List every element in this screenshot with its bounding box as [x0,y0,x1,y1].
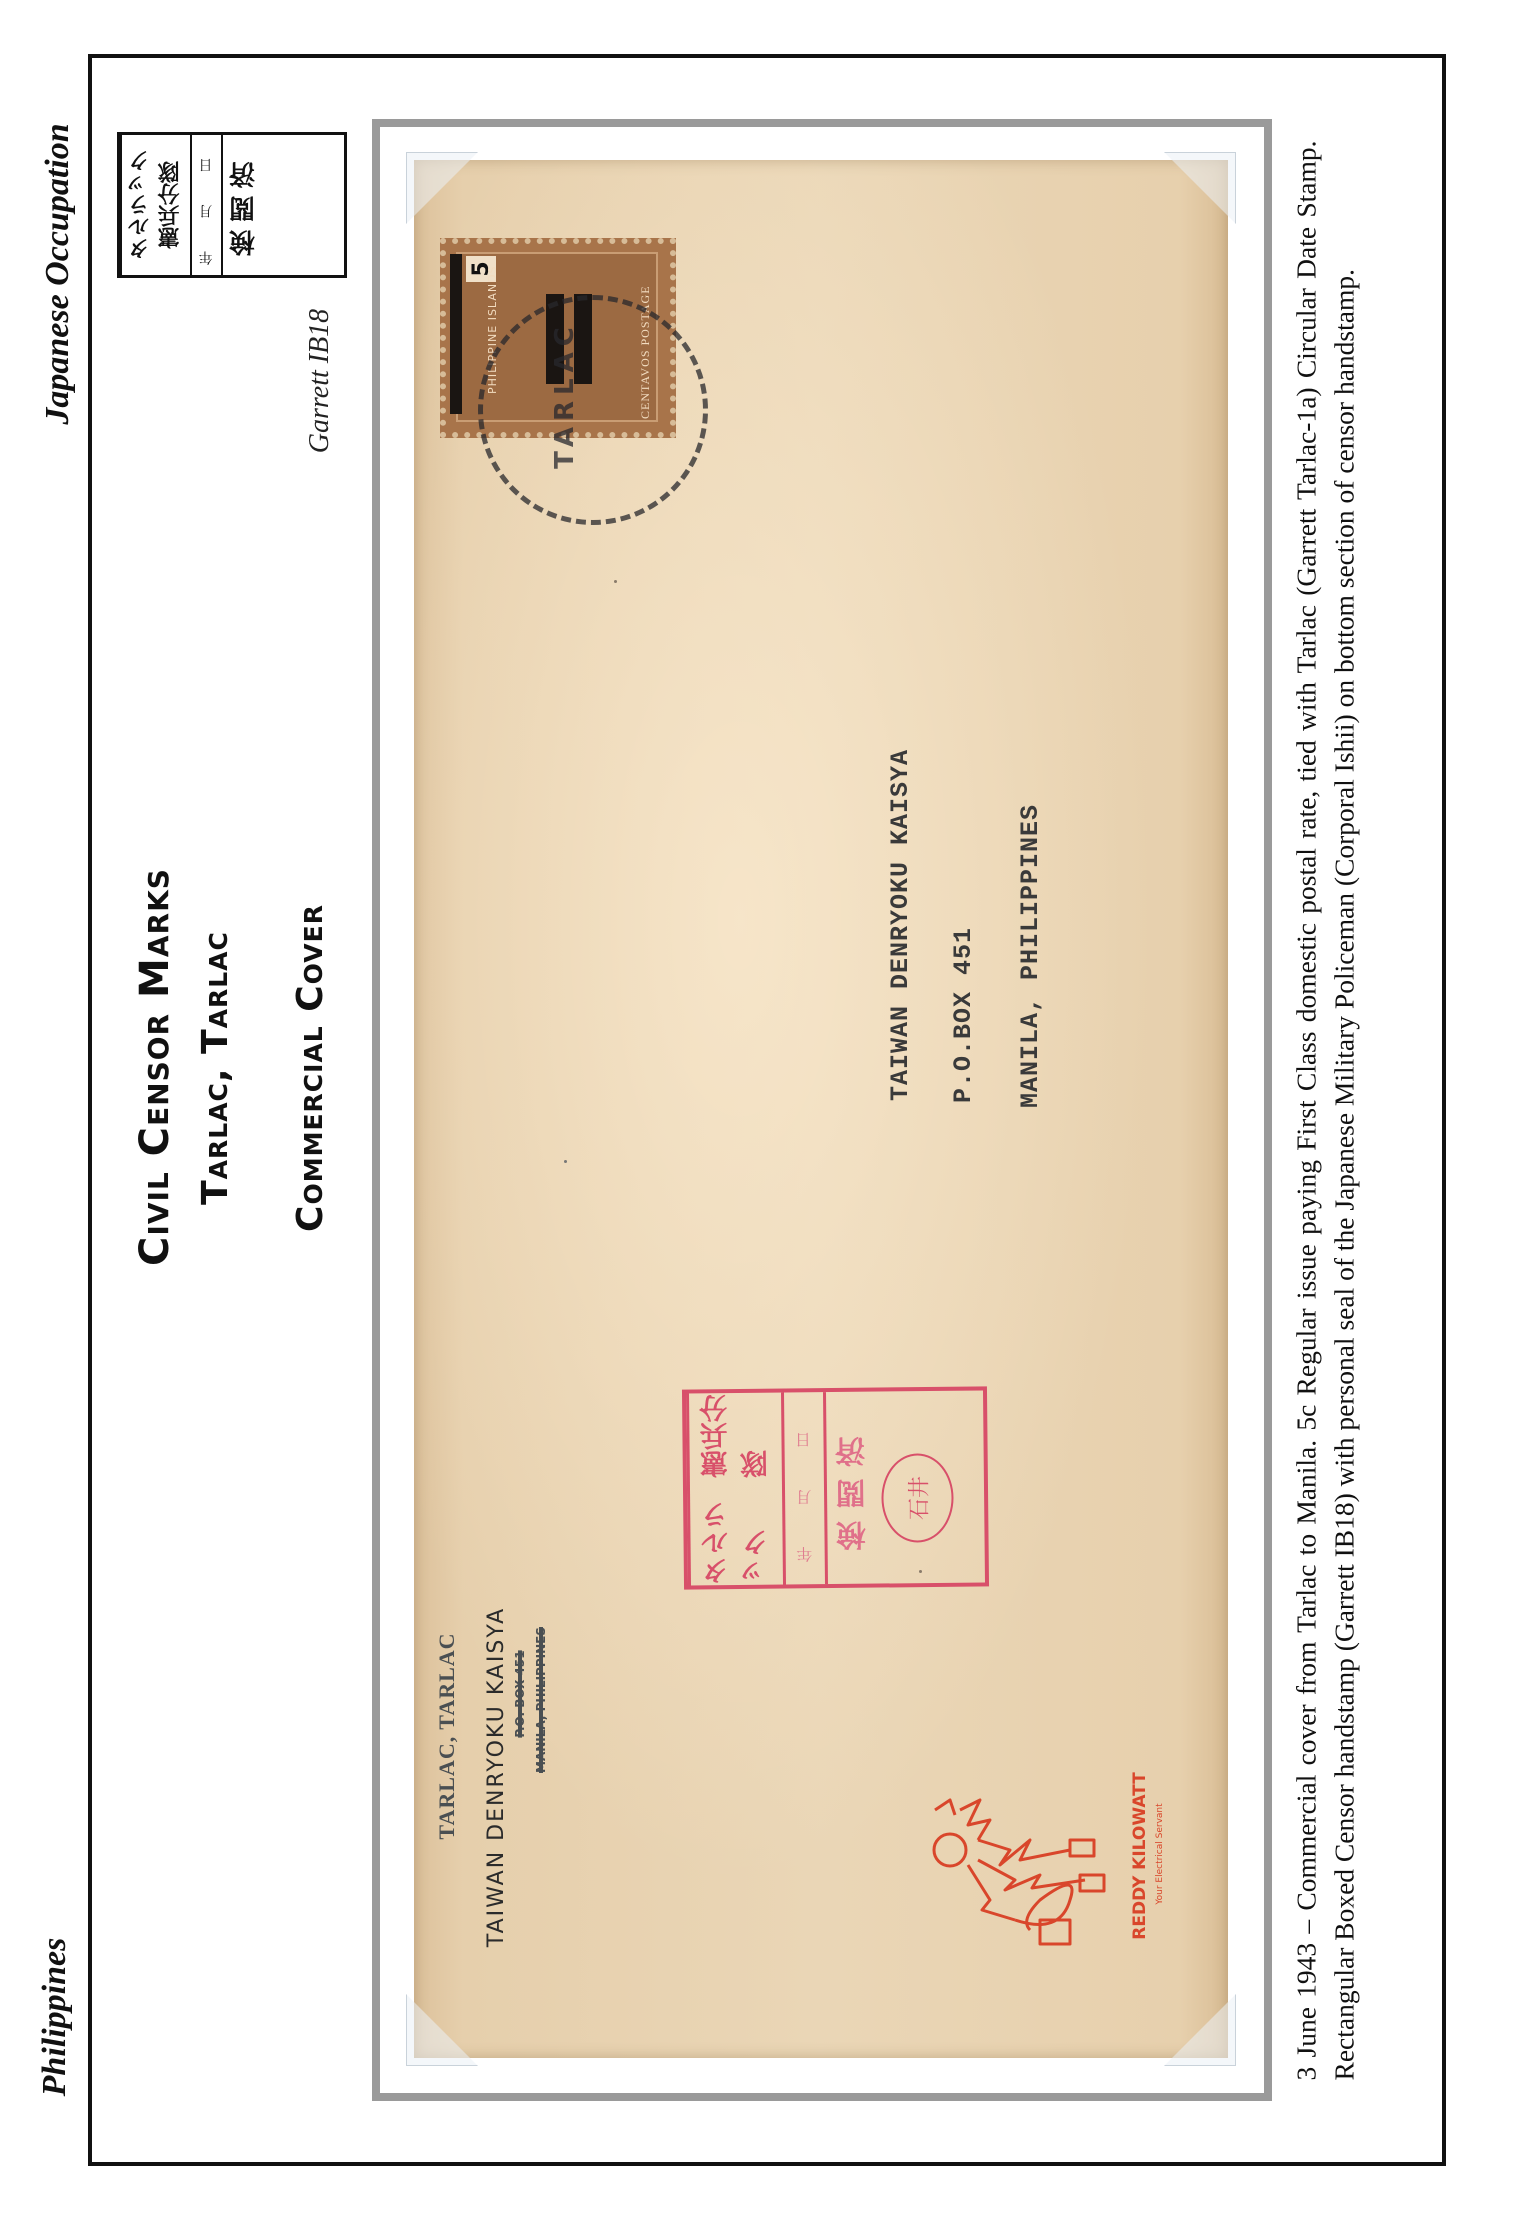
addressee-line-1: TAIWAN DENRYOKU KAISYA [885,715,915,1135]
reference-caption: Garrett IB18 [304,301,336,461]
title-line-3: Commercial Cover [290,888,330,1248]
censor-unit-text: 憲兵分隊 [695,1393,776,1479]
mount-corner [1164,152,1236,224]
country-label: Philippines [35,1902,75,2132]
censor-date-column: 年 月 日 [190,135,221,275]
return-address-line-4: MANILA, PHILIPPINES [531,1600,551,1800]
personal-seal: 石井 [882,1454,954,1543]
addressee-line-2: P.O.BOX 451 [948,910,978,1120]
title-line-1: Civil Censor Marks [133,867,177,1267]
return-address-line-3: P.O. BOX 451 [510,1614,530,1774]
censor-town-text: タルラック [126,150,156,260]
cover-description: 3 June 1943 – Commercial cover from Tarl… [1288,140,1413,2080]
censor-examined-column: 検閲済 [221,135,265,275]
return-address-line-2: TAIWAN DENRYOKU KAISYA [481,1597,511,1957]
censor-town-text: タルラック [696,1478,777,1586]
reddy-kilowatt-icon [920,1780,1130,1950]
censor-blank-column [265,135,344,275]
logo-tagline: Your Electrical Servant [1153,1779,1167,1929]
censor-date-column: 年 月 日 [781,1392,825,1584]
obliteration-bar [450,254,462,414]
reference-censor-box: タルラック 憲兵分隊 年 月 日 検閲済 [117,132,347,278]
mount-corner [1164,1994,1236,2066]
censor-examined-column: 検閲済 [823,1392,883,1585]
return-address-line-1: TARLAC, TARLAC [433,1641,461,1831]
section-label: Japanese Occupation [38,114,78,434]
circular-date-stamp [478,295,708,525]
censor-unit-column: タルラック 憲兵分隊 [120,135,190,275]
mount-corner [406,1994,478,2066]
mount-corner [406,152,478,224]
logo-name: REDDY KILOWATT [1129,1776,1151,1936]
postmark-text: TARLAC [550,295,580,495]
title-line-2: Tarlac, Tarlac [195,918,235,1218]
addressee-line-3: MANILA, PHILIPPINES [1015,766,1045,1146]
censor-unit-column: タルラック 憲兵分隊 [686,1393,783,1586]
censor-unit-text: 憲兵分隊 [156,161,186,249]
description-text: 3 June 1943 – Commercial cover from Tarl… [1288,140,1364,2080]
